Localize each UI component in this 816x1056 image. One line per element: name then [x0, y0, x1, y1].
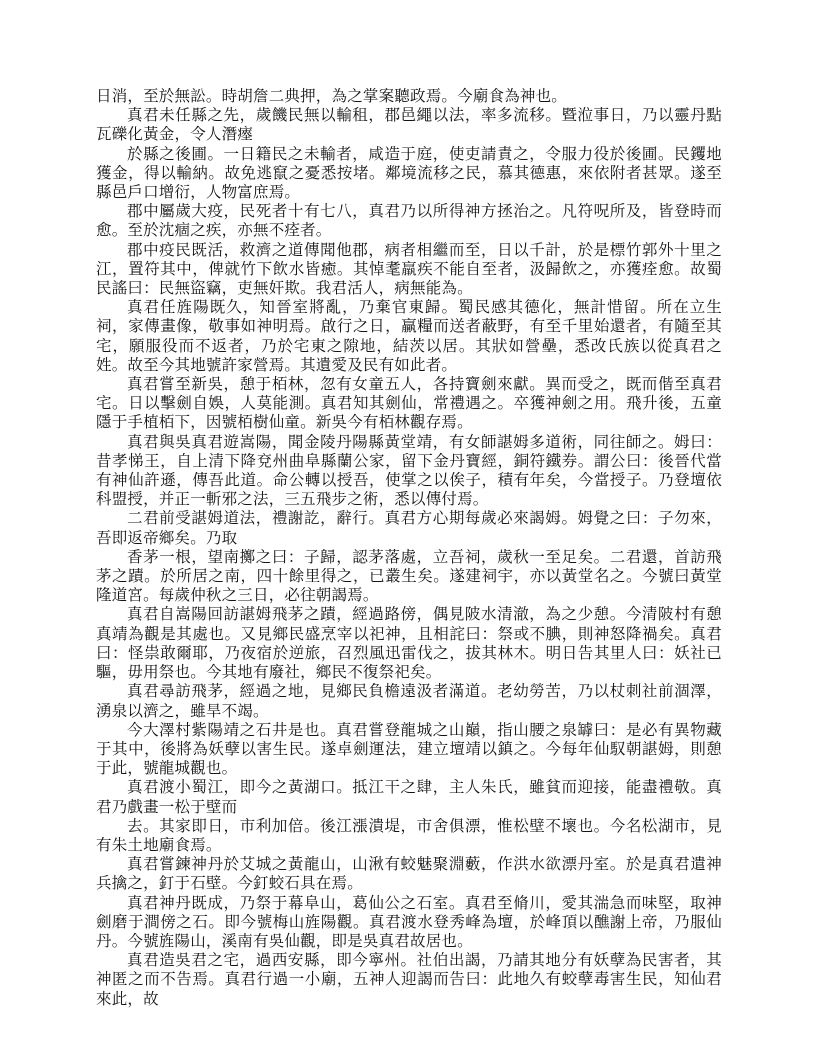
paragraph: 郡中屬歲大疫，民死者十有七八，真君乃以所得神方拯治之。凡符呪所及，皆登時而愈。至…: [96, 202, 722, 240]
paragraph: 於縣之後圃。一日籍民之未輸者，咸造于庭，使吏請責之，令服力役於後圃。民钁地獲金，…: [96, 145, 722, 203]
paragraph: 真君與吳真君遊嵩陽，聞金陵丹陽縣黃堂靖，有女師諶姆多道術，同往師之。姆曰：昔孝悌…: [96, 433, 722, 510]
paragraph: 日消，至於無訟。時胡詹二典押，為之掌案聽政焉。今廟食為神也。: [96, 87, 722, 106]
paragraph: 真君造吳君之宅，過西安縣，即今寧州。社伯出謁，乃請其地分有妖孽為民害者，其神匿之…: [96, 951, 722, 1009]
paragraph: 去。其家即日，市利加倍。後江漲潰堤，市舍俱漂，惟松壁不壞也。今名松湖市，見有朱土…: [96, 817, 722, 855]
paragraph: 香茅一根，望南擲之曰：子歸，認茅落處，立吾祠，歲秋一至足矣。二君還，首訪飛茅之蹟…: [96, 548, 722, 606]
paragraph: 二君前受諶姆道法，禮謝訖，辭行。真君方心期每歲必來謁姆。姆覺之曰：子勿來，吾即返…: [96, 509, 722, 547]
paragraph: 真君嘗至新吳，憩于栢林，忽有女童五人，各持寶劍來獻。異而受之，既而偕至真君宅。日…: [96, 375, 722, 433]
paragraph: 真君神丹既成，乃祭于幕阜山，葛仙公之石室。真君至脩川，愛其湍急而味堅，取神劍磨于…: [96, 894, 722, 952]
paragraph: 郡中疫民既活，救濟之道傳聞他郡，病者相繼而至，日以千計，於是標竹郭外十里之江，置…: [96, 241, 722, 299]
paragraph: 真君任旌陽既久，知晉室將亂，乃棄官東歸。蜀民感其德化，無計惜留。所在立生祠，家傳…: [96, 298, 722, 375]
document-page: 日消，至於無訟。時胡詹二典押，為之掌案聽政焉。今廟食為神也。 真君未任縣之先，歲…: [0, 0, 816, 1056]
paragraph: 今大澤村紫陽靖之石井是也。真君嘗登龍城之山巔，指山腰之泉罅曰：是必有異物藏于其中…: [96, 721, 722, 779]
paragraph: 真君尋訪飛茅，經過之地，見鄉民負檐遠汲者滿道。老幼勞苦，乃以杖刺社前涸澤，湧泉以…: [96, 682, 722, 720]
paragraph: 真君嘗鍊神丹於艾城之黃龍山，山湫有蛟魅聚淵藪，作洪水欲漂丹室。於是真君遣神兵擒之…: [96, 855, 722, 893]
paragraph: 真君自嵩陽回訪諶姆飛茅之蹟，經過路傍，偶見陂水清澈，為之少憩。今清陂村有憩真靖為…: [96, 605, 722, 682]
paragraph: 真君未任縣之先，歲饑民無以輸租，郡邑繩以法，率多流移。暨涖事日，乃以靈丹點瓦礫化…: [96, 106, 722, 144]
text-block: 日消，至於無訟。時胡詹二典押，為之掌案聽政焉。今廟食為神也。 真君未任縣之先，歲…: [96, 87, 722, 1009]
paragraph: 真君渡小蜀江，即今之黃湖口。抵江干之肆，主人朱氏，雖貧而迎接，能盡禮敬。真君乃戲…: [96, 778, 722, 816]
